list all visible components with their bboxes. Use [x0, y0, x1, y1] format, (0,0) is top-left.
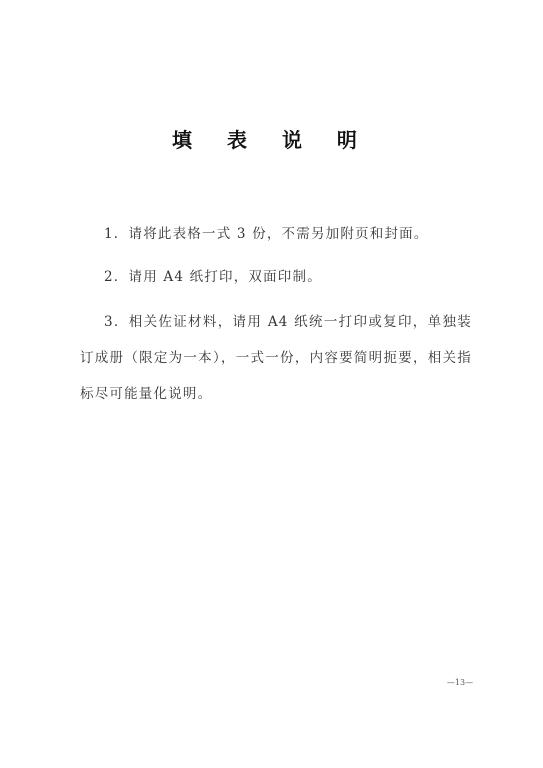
instruction-2: 2．请用 A4 纸打印，双面印制。 — [80, 259, 472, 295]
page-title: 填 表 说 明 — [0, 124, 543, 153]
instruction-1: 1．请将此表格一式 3 份，不需另加附页和封面。 — [80, 216, 472, 252]
instruction-3: 3．相关佐证材料，请用 A4 纸统一打印或复印，单独装订成册（限定为一本），一式… — [80, 304, 472, 412]
page-number: —13— — [430, 678, 490, 687]
